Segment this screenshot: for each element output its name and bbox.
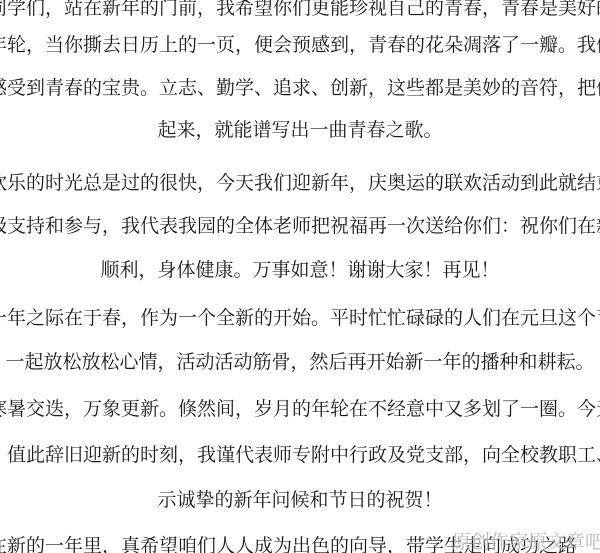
text-line-6: 极支持和参与，我代表我园的全体老师把祝福再一次送给你们：祝你们在新的一 <box>0 213 600 239</box>
text-line-1: 同学们，站在新年的门前，我希望你们更能珍视自己的青春，青春是美好的花季 <box>0 0 600 21</box>
document-page: 同学们，站在新年的门前，我希望你们更能珍视自己的青春，青春是美好的花季 年轮，当… <box>0 0 600 553</box>
text-line-4: 起来，就能谱写出一曲青春之歌。 <box>0 117 600 143</box>
text-line-9: 一起放松放松心情，活动活动筋骨，然后再开始新一年的播种和耕耘。 <box>0 349 600 375</box>
text-line-3: 感受到青春的宝贵。立志、勤学、追求、创新，这些都是美妙的音符，把他们和 <box>0 75 600 101</box>
text-line-5: 欢乐的时光总是过的很快，今天我们迎新年，庆奥运的联欢活动到此就结束了， <box>0 170 600 196</box>
text-line-10: 寒暑交迭，万象更新。倏然间，岁月的年轮在不经意中又多划了一圈。今天，是 <box>0 396 600 422</box>
text-line-2: 年轮，当你撕去日历上的一页，便会预感到，青春的花朵凋落了一瓣。我们从青 <box>0 32 600 58</box>
text-line-7: 顺利，身体健康。万事如意！谢谢大家！再见！ <box>0 257 600 283</box>
text-line-11: ，值此辞旧迎新的时刻，我谨代表师专附中行政及党支部，向全校教职工、全体 <box>0 442 600 468</box>
watermark: 原创作家原文章吧 <box>452 531 600 553</box>
text-line-12: 示诚挚的新年问候和节日的祝贺！ <box>0 487 600 513</box>
text-line-8: 一年之际在于春，作为一个全新的开始。平时忙忙碌碌的人们在元旦这个节假日 <box>0 305 600 331</box>
